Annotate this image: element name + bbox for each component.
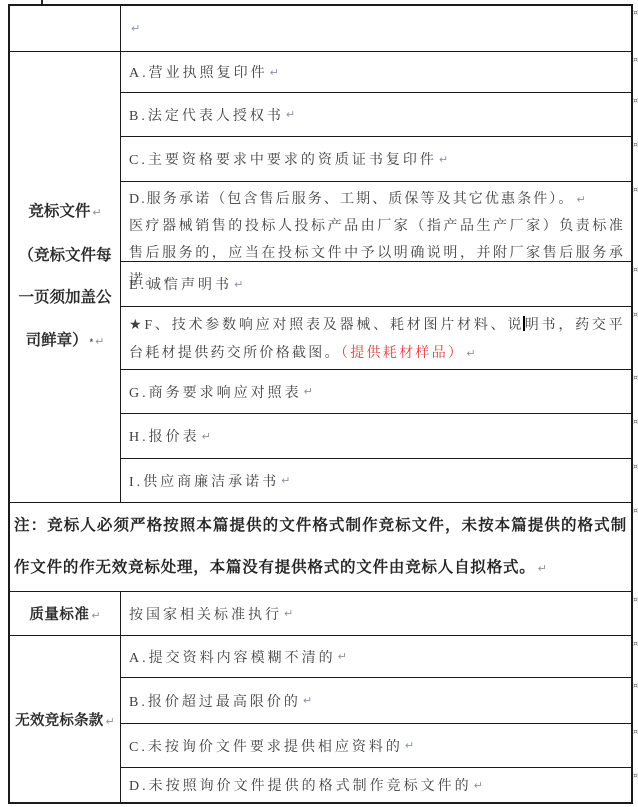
quality-standard-label: 质量标准↵ <box>29 603 100 624</box>
paragraph-mark: ↵ <box>538 562 547 575</box>
paragraph-mark: ↵ <box>439 153 448 166</box>
item-d-cell[interactable]: D.服务承诺（包含售后服务、工期、质保等及其它优惠条件）。↵ 医疗器械销售的投标… <box>121 182 631 262</box>
bid-documents-header-cell[interactable]: 竞标文件↵ （竞标文件每 一页须加盖公 司鲜章）*↵ <box>10 52 121 503</box>
end-of-row-mark: ¤ <box>633 141 638 149</box>
end-of-row-mark: ¤ <box>633 56 638 64</box>
item-f-text-1: ★F、技术参数响应对照表及器械、耗材图片材料、说 <box>129 318 524 333</box>
item-c-cell[interactable]: C.主要资格要求中要求的资质证书复印件↵ <box>121 137 631 182</box>
note-text: 注：竞标人必须严格按照本篇提供的文件格式制作竞标文件，未按本篇提供的格式制作文件… <box>14 517 627 576</box>
note-cell[interactable]: 注：竞标人必须严格按照本篇提供的文件格式制作竞标文件，未按本篇提供的格式制作文件… <box>10 503 631 592</box>
item-d-line1: D.服务承诺（包含售后服务、工期、质保等及其它优惠条件）。 <box>129 192 575 207</box>
item-b-text: B.法定代表人授权书 <box>129 105 284 125</box>
paragraph-mark: ↵ <box>304 385 313 398</box>
invalid-term-a-text: A.提交资料内容模糊不清的 <box>129 647 336 667</box>
quality-standard-value-cell[interactable]: 按国家相关标准执行↵ <box>121 592 631 636</box>
end-of-row-mark: ¤ <box>633 596 638 604</box>
end-of-row-mark: ¤ <box>633 772 638 780</box>
paragraph-mark: ↵ <box>577 193 586 206</box>
end-of-row-mark: ¤ <box>633 374 638 382</box>
paragraph-mark: ↵ <box>234 278 243 291</box>
end-of-row-mark: ¤ <box>633 418 638 426</box>
invalid-term-b-cell[interactable]: B.报价超过最高限价的↵ <box>121 678 631 724</box>
end-of-row-mark: ¤ <box>633 507 638 515</box>
quality-standard-header-cell[interactable]: 质量标准↵ <box>10 592 121 636</box>
paragraph-mark: ↵ <box>91 609 100 622</box>
item-a-cell[interactable]: A.营业执照复印件↵ <box>121 52 631 93</box>
invalid-term-d-cell[interactable]: D.未按照询价文件提供的格式制作竞标文件的↵ <box>121 768 631 802</box>
invalid-term-c-text: C.未按询价文件要求提供相应资料的 <box>129 736 403 756</box>
paragraph-mark: ↵ <box>286 108 295 121</box>
paragraph-mark: ↵ <box>466 347 475 360</box>
bidding-requirements-table: ↵ 竞标文件↵ （竞标文件每 一页须加盖公 司鲜章）*↵ A.营业执照复印件↵ … <box>8 4 633 804</box>
end-of-row-mark: ¤ <box>633 9 638 17</box>
paragraph-mark: ↵ <box>105 715 114 728</box>
bid-documents-label-line: 一页须加盖公 <box>18 277 111 320</box>
bid-documents-label-line: 竞标文件↵ <box>28 191 101 235</box>
paragraph-mark: ↵ <box>338 650 347 663</box>
paragraph-mark: ↵ <box>474 779 483 792</box>
item-c-text: C.主要资格要求中要求的资质证书复印件 <box>129 149 437 169</box>
item-i-cell[interactable]: I.供应商廉洁承诺书↵ <box>121 459 631 503</box>
paragraph-mark: ↵ <box>284 607 293 620</box>
paragraph-mark: ↵ <box>92 206 101 219</box>
continuation-right-cell[interactable]: ↵ <box>121 6 631 52</box>
bid-documents-label-line: 司鲜章）*↵ <box>26 320 105 364</box>
item-f-cell[interactable]: ★F、技术参数响应对照表及器械、耗材图片材料、说明书，药交平台耗材提供药交所价格… <box>121 307 631 370</box>
invalid-term-d-text: D.未按照询价文件提供的格式制作竞标文件的 <box>129 775 472 795</box>
bid-documents-label-line: （竞标文件每 <box>18 235 111 278</box>
invalid-term-b-text: B.报价超过最高限价的 <box>129 691 301 711</box>
end-of-row-mark: ¤ <box>633 463 638 471</box>
end-of-row-mark: ¤ <box>633 682 638 690</box>
continuation-left-cell[interactable] <box>10 6 121 52</box>
paragraph-mark: ↵ <box>131 22 140 35</box>
end-of-row-mark: ¤ <box>633 640 638 648</box>
end-of-row-mark: ¤ <box>633 728 638 736</box>
end-of-row-mark: ¤ <box>633 186 638 194</box>
word-document-page: ↵ 竞标文件↵ （竞标文件每 一页须加盖公 司鲜章）*↵ A.营业执照复印件↵ … <box>0 0 638 807</box>
invalid-term-c-cell[interactable]: C.未按询价文件要求提供相应资料的↵ <box>121 724 631 768</box>
item-e-text: E.诚信声明书 <box>129 274 232 294</box>
invalid-terms-label: 无效竞标条款↵ <box>15 709 114 730</box>
paragraph-mark: ↵ <box>202 430 211 443</box>
item-f-red-text: （提供耗材样品） <box>341 346 464 361</box>
item-b-cell[interactable]: B.法定代表人授权书↵ <box>121 93 631 137</box>
paragraph-mark: ↵ <box>270 66 279 79</box>
invalid-term-a-cell[interactable]: A.提交资料内容模糊不清的↵ <box>121 636 631 678</box>
item-e-cell[interactable]: E.诚信声明书↵ <box>121 262 631 307</box>
paragraph-mark: ↵ <box>281 474 290 487</box>
quality-standard-value: 按国家相关标准执行 <box>129 604 282 624</box>
end-of-row-mark: ¤ <box>633 266 638 274</box>
footnote-star-mark: * <box>90 337 94 347</box>
item-g-text: G.商务要求响应对照表 <box>129 382 302 402</box>
item-g-cell[interactable]: G.商务要求响应对照表↵ <box>121 370 631 414</box>
paragraph-mark: ↵ <box>405 739 414 752</box>
end-of-row-mark: ¤ <box>633 311 638 319</box>
invalid-terms-header-cell[interactable]: 无效竞标条款↵ <box>10 636 121 802</box>
end-of-row-mark: ¤ <box>633 97 638 105</box>
item-h-text: H.报价表 <box>129 426 200 446</box>
paragraph-mark: ↵ <box>303 694 312 707</box>
item-a-text: A.营业执照复印件 <box>129 62 268 82</box>
paragraph-mark: ↵ <box>95 335 104 348</box>
item-i-text: I.供应商廉洁承诺书 <box>129 471 279 491</box>
item-h-cell[interactable]: H.报价表↵ <box>121 414 631 459</box>
